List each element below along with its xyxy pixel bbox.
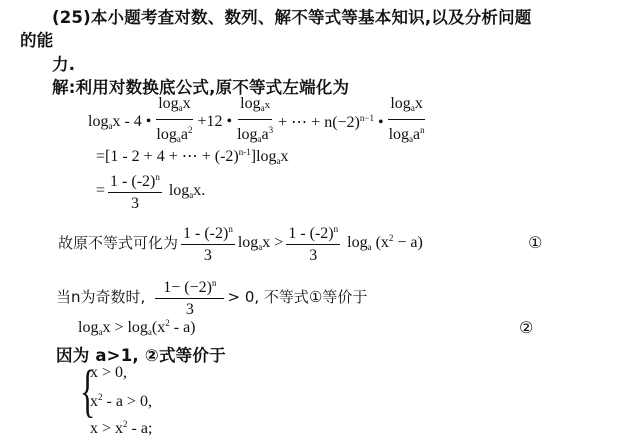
problem-heading-line2: 的能	[20, 27, 53, 51]
inequality-line-2: logax > loga(x2 - a)	[78, 318, 196, 337]
fraction-3: logax logaan	[387, 94, 427, 149]
fraction-right: 1 - (-2)n 3	[286, 220, 340, 265]
term-3: + ⋯ + n(−2)n−1 •	[278, 112, 383, 132]
term-1: logax - 4 •	[88, 113, 151, 131]
problem-heading-line3: 力.	[52, 51, 75, 75]
fraction-odd: 1− (−2)n 3	[155, 274, 224, 319]
equation-label-2: ②	[519, 318, 533, 337]
expression-line-2: =[1 - 2 + 4 + ⋯ + (-2)n-1]logax	[96, 146, 289, 166]
system-row-1: x > 0,	[90, 364, 127, 382]
fraction-1: logax logaa2	[154, 94, 194, 149]
odd-case-line: 当n为奇数时, 1− (−2)n 3 > 0, 不等式①等价于	[56, 274, 367, 319]
term-2: +12 •	[197, 113, 232, 131]
fraction-2: logax logaa3	[235, 94, 275, 149]
system-row-3: x > x2 - a;	[90, 419, 152, 438]
inequality-line-1: 故原不等式可化为 1 - (-2)n 3 logax > 1 - (-2)n 3…	[58, 220, 423, 265]
problem-heading-line1: (25)本小题考查对数、数列、解不等式等基本知识,以及分析问题	[52, 4, 532, 28]
expression-line-3: = 1 - (-2)n 3 logax.	[96, 168, 205, 213]
equation-label-1: ①	[528, 233, 542, 252]
fraction-result: 1 - (-2)n 3	[108, 168, 162, 213]
fraction-left: 1 - (-2)n 3	[181, 220, 235, 265]
system-row-2: x2 - a > 0,	[90, 392, 152, 411]
expression-line-1: logax - 4 • logax logaa2 +12 • logax log…	[88, 94, 430, 149]
